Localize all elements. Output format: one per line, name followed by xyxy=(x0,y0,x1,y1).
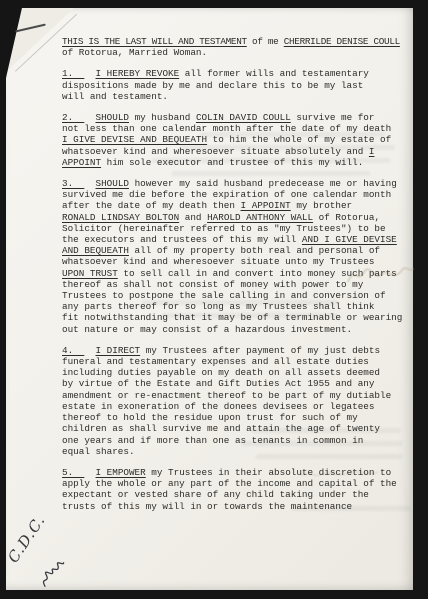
text-line: children as shall survive me and attain … xyxy=(62,423,410,434)
text-line: whatsoever kind and wheresoever situate … xyxy=(62,256,410,267)
text-segment: dispositions made by me and declare this… xyxy=(62,80,363,91)
document-title-line: THIS IS THE LAST WILL AND TESTAMENT of m… xyxy=(62,36,410,47)
text-line: one years and if more than one as tenant… xyxy=(62,435,410,446)
text-line: out nature or may consist of a hazardous… xyxy=(62,324,410,335)
underlined-text-segment: I DIRECT xyxy=(96,345,141,356)
text-line: apply the whole or any part of the incom… xyxy=(62,478,410,489)
text-segment: whatsoever kind and wheresoever situate … xyxy=(62,146,369,157)
text-segment: fit notwithstanding that it may be of a … xyxy=(62,312,402,323)
underlined-text-segment: 5. xyxy=(62,467,84,478)
underlined-text-segment: I APPOINT xyxy=(241,200,291,211)
text-segment: however my said husband predecease me or… xyxy=(129,178,397,189)
underlined-text-segment: UPON TRUST xyxy=(62,268,118,279)
text-line: any parts thereof for so long as my Trus… xyxy=(62,301,410,312)
text-segment: will and testament. xyxy=(62,91,168,102)
underlined-text-segment: 2. xyxy=(62,112,84,123)
text-line: survived me die before the expiration of… xyxy=(62,189,410,200)
text-line: RONALD LINDSAY BOLTON and HAROLD ANTHONY… xyxy=(62,212,410,223)
text-segment: my brother xyxy=(291,200,352,211)
text-segment: my Trustees in their absolute discretion… xyxy=(146,467,391,478)
underlined-text-segment: I EMPOWER xyxy=(96,467,146,478)
underlined-text-segment: AND I GIVE DEVISE xyxy=(302,234,397,245)
underlined-text-segment: THIS IS THE LAST WILL AND TESTAMENT xyxy=(62,36,247,47)
text-line: thereof to hold the residue upon trust f… xyxy=(62,412,410,423)
text-line: whatsoever kind and wheresoever situate … xyxy=(62,146,410,157)
text-line: thereof as shall not consist of money wi… xyxy=(62,279,410,290)
scanned-document: THIS IS THE LAST WILL AND TESTAMENT of m… xyxy=(0,0,428,599)
text-segment: trusts of this my will in or towards the… xyxy=(62,501,352,512)
text-line: AND BEQUEATH all of my property both rea… xyxy=(62,245,410,256)
underlined-text-segment: COLIN DAVID COULL xyxy=(196,112,291,123)
text-line: 3. SHOULD however my said husband predec… xyxy=(62,178,410,189)
text-segment xyxy=(84,467,95,478)
text-line: Solicitor (hereinafter referred to as "m… xyxy=(62,223,410,234)
underlined-text-segment: CHERRILDE DENISE COULL xyxy=(284,36,400,47)
underlined-text-segment: SHOULD xyxy=(96,178,129,189)
text-segment: all former wills and testamentary xyxy=(179,68,369,79)
text-segment xyxy=(84,68,95,79)
text-line: I GIVE DEVISE AND BEQUEATH to him the wh… xyxy=(62,134,410,145)
text-segment: Solicitor (hereinafter referred to as "m… xyxy=(62,223,386,234)
text-line: dispositions made by me and declare this… xyxy=(62,80,410,91)
text-segment: survived me die before the expiration of… xyxy=(62,189,391,200)
text-line: the executors and trustees of this my wi… xyxy=(62,234,410,245)
text-segment: children as shall survive me and attain … xyxy=(62,423,380,434)
text-segment: him sole executor and trustee of this my… xyxy=(101,157,363,168)
document-text: THIS IS THE LAST WILL AND TESTAMENT of m… xyxy=(62,36,410,512)
underlined-text-segment: APPOINT xyxy=(62,157,101,168)
underlined-text-segment: I xyxy=(369,146,375,157)
text-line: fit notwithstanding that it may be of a … xyxy=(62,312,410,323)
underlined-text-segment: I GIVE DEVISE AND BEQUEATH xyxy=(62,134,207,145)
text-segment: thereof as shall not consist of money wi… xyxy=(62,279,363,290)
text-segment: my husband xyxy=(129,112,196,123)
text-segment: the executors and trustees of this my wi… xyxy=(62,234,302,245)
text-segment: Trustees to postpone the sale calling in… xyxy=(62,290,386,301)
text-segment: expectant or vested share of any child t… xyxy=(62,489,369,500)
underlined-text-segment: I HEREBY REVOKE xyxy=(96,68,180,79)
text-line: funeral and testamentary expenses and al… xyxy=(62,356,410,367)
text-line: Trustees to postpone the sale calling in… xyxy=(62,290,410,301)
text-segment: including duties payable on my death on … xyxy=(62,367,380,378)
text-segment: my Trustees after payment of my just deb… xyxy=(140,345,380,356)
text-segment xyxy=(84,112,95,123)
text-line: estate in exoneration of the donees devi… xyxy=(62,401,410,412)
text-line: equal shares. xyxy=(62,446,410,457)
text-segment: of Rotorua, Married Woman. xyxy=(62,47,207,58)
text-line: by virtue of the Estate and Gift Duties … xyxy=(62,378,410,389)
text-line: not less than one calendar month after t… xyxy=(62,123,410,134)
text-segment: not less than one calendar month after t… xyxy=(62,123,391,134)
underlined-text-segment: 1. xyxy=(62,68,84,79)
text-line: 5. I EMPOWER my Trustees in their absolu… xyxy=(62,467,410,478)
text-segment: funeral and testamentary expenses and al… xyxy=(62,356,369,367)
text-line: amendment or re-enactment thereof to be … xyxy=(62,390,410,401)
text-line: UPON TRUST to sell call in and convert i… xyxy=(62,268,410,279)
text-segment: apply the whole or any part of the incom… xyxy=(62,478,397,489)
text-line: will and testament. xyxy=(62,91,410,102)
text-line: trusts of this my will in or towards the… xyxy=(62,501,410,512)
text-line: 1. I HEREBY REVOKE all former wills and … xyxy=(62,68,410,79)
text-segment: survive me for xyxy=(291,112,375,123)
text-segment: of Rotorua, xyxy=(313,212,380,223)
text-line: APPOINT him sole executor and trustee of… xyxy=(62,157,410,168)
underlined-text-segment: AND BEQUEATH xyxy=(62,245,129,256)
text-line: 4. I DIRECT my Trustees after payment of… xyxy=(62,345,410,356)
text-segment: of me xyxy=(247,36,284,47)
text-segment: and xyxy=(179,212,207,223)
text-segment: out nature or may consist of a hazardous… xyxy=(62,324,352,335)
text-segment xyxy=(84,345,95,356)
underlined-text-segment: SHOULD xyxy=(96,112,129,123)
text-segment: any parts thereof for so long as my Trus… xyxy=(62,301,374,312)
text-segment: to sell call in and convert into money s… xyxy=(118,268,397,279)
text-segment: thereof to hold the residue upon trust f… xyxy=(62,412,358,423)
underlined-text-segment: HAROLD ANTHONY WALL xyxy=(207,212,313,223)
text-segment xyxy=(84,178,95,189)
text-segment: by virtue of the Estate and Gift Duties … xyxy=(62,378,374,389)
text-segment: equal shares. xyxy=(62,446,135,457)
text-segment: all of my property both real and persona… xyxy=(129,245,380,256)
text-segment: whatsoever kind and wheresoever situate … xyxy=(62,256,374,267)
text-segment: amendment or re-enactment thereof to be … xyxy=(62,390,391,401)
text-line: including duties payable on my death on … xyxy=(62,367,410,378)
text-line: of Rotorua, Married Woman. xyxy=(62,47,410,58)
underlined-text-segment: RONALD LINDSAY BOLTON xyxy=(62,212,179,223)
text-segment: to him the whole of my estate of xyxy=(207,134,391,145)
underlined-text-segment: 4. xyxy=(62,345,84,356)
text-line: 2. SHOULD my husband COLIN DAVID COULL s… xyxy=(62,112,410,123)
underlined-text-segment: 3. xyxy=(62,178,84,189)
text-line: after the date of my death then I APPOIN… xyxy=(62,200,410,211)
text-segment: estate in exoneration of the donees devi… xyxy=(62,401,374,412)
text-segment: after the date of my death then xyxy=(62,200,241,211)
text-segment: one years and if more than one as tenant… xyxy=(62,435,363,446)
text-line: expectant or vested share of any child t… xyxy=(62,489,410,500)
